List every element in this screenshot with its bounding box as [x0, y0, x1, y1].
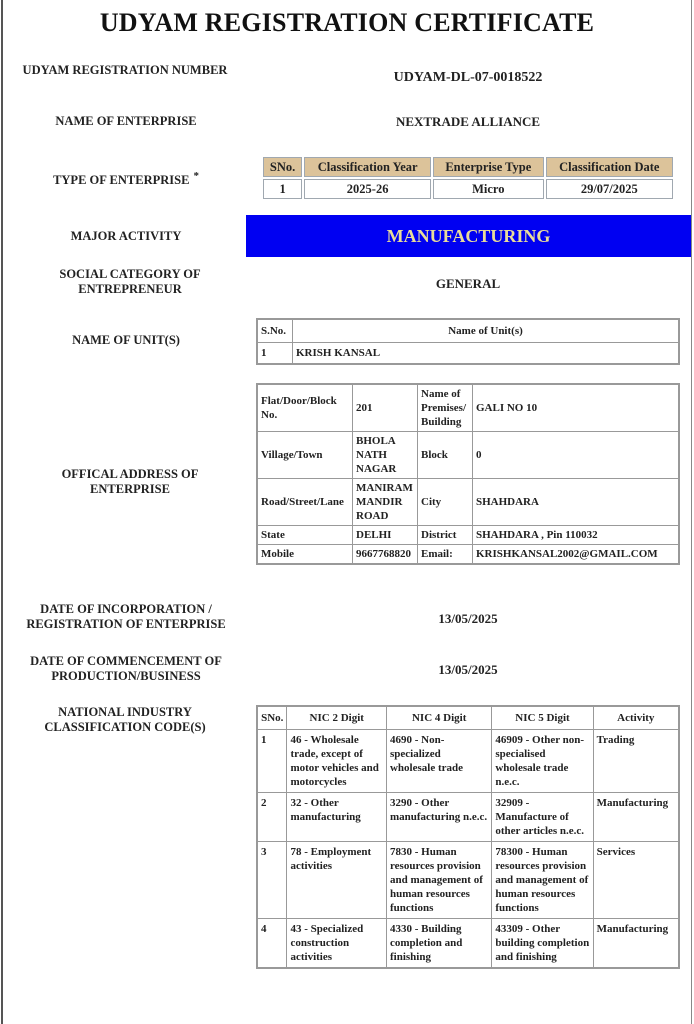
incorporation-label: DATE OF INCORPORATION / REGISTRATION OF … — [8, 602, 244, 632]
nic-cell: 7830 - Human resources provision and man… — [386, 842, 491, 919]
address-field-value: 201 — [353, 384, 418, 432]
registration-number-label: UDYAM REGISTRATION NUMBER — [20, 63, 230, 78]
address-field-label: Village/Town — [257, 432, 353, 479]
units-header-cell: Name of Unit(s) — [293, 319, 680, 343]
enterprise-type-header-cell: Enterprise Type — [433, 157, 544, 177]
nic-cell: Services — [593, 842, 679, 919]
nic-cell: Trading — [593, 730, 679, 793]
address-field-label: District — [418, 526, 473, 545]
address-row: Mobile9667768820Email:KRISHKANSAL2002@GM… — [257, 545, 679, 565]
address-field-label: Email: — [418, 545, 473, 565]
nic-header-cell: NIC 2 Digit — [287, 706, 387, 730]
enterprise-type-header-row: SNo.Classification YearEnterprise TypeCl… — [263, 157, 673, 177]
enterprise-type-cell: Micro — [433, 179, 544, 199]
units-table: S.No.Name of Unit(s) 1KRISH KANSAL — [256, 318, 680, 365]
nic-cell: Manufacturing — [593, 793, 679, 842]
nic-cell: 3 — [257, 842, 287, 919]
address-field-label: Block — [418, 432, 473, 479]
enterprise-type-cell: 2025-26 — [304, 179, 431, 199]
address-field-value: MANIRAM MANDIR ROAD — [353, 479, 418, 526]
enterprise-type-header-cell: Classification Year — [304, 157, 431, 177]
nic-cell: 32909 - Manufacture of other articles n.… — [492, 793, 593, 842]
incorporation-value: 13/05/2025 — [246, 611, 690, 627]
address-row: StateDELHIDistrictSHAHDARA , Pin 110032 — [257, 526, 679, 545]
enterprise-type-cell: 29/07/2025 — [546, 179, 673, 199]
address-row: Flat/Door/Block No.201Name of Premises/ … — [257, 384, 679, 432]
address-label: OFFICAL ADDRESS OF ENTERPRISE — [40, 467, 220, 497]
page-border-left — [1, 0, 3, 1024]
table-row: 232 - Other manufacturing3290 - Other ma… — [257, 793, 679, 842]
units-header-row: S.No.Name of Unit(s) — [257, 319, 679, 343]
address-field-label: Flat/Door/Block No. — [257, 384, 353, 432]
nic-cell: 2 — [257, 793, 287, 842]
enterprise-type-cell: 1 — [263, 179, 302, 199]
nic-cell: 78300 - Human resources provision and ma… — [492, 842, 593, 919]
enterprise-name-label: NAME OF ENTERPRISE — [6, 114, 246, 129]
nic-cell: 43309 - Other building completion and fi… — [492, 919, 593, 969]
commencement-label: DATE OF COMMENCEMENT OF PRODUCTION/BUSIN… — [8, 654, 244, 684]
address-field-value: 9667768820 — [353, 545, 418, 565]
commencement-value: 13/05/2025 — [246, 662, 690, 678]
units-body: 1KRISH KANSAL — [257, 343, 679, 365]
nic-header-cell: NIC 4 Digit — [386, 706, 491, 730]
enterprise-type-header-cell: Classification Date — [546, 157, 673, 177]
address-field-value: KRISHKANSAL2002@GMAIL.COM — [473, 545, 680, 565]
registration-number-value: UDYAM-DL-07-0018522 — [246, 70, 690, 86]
nic-header-row: SNo.NIC 2 DigitNIC 4 DigitNIC 5 DigitAct… — [257, 706, 679, 730]
address-field-value: GALI NO 10 — [473, 384, 680, 432]
nic-header-cell: NIC 5 Digit — [492, 706, 593, 730]
table-row: 146 - Wholesale trade, except of motor v… — [257, 730, 679, 793]
table-row: 1KRISH KANSAL — [257, 343, 679, 365]
address-field-value: 0 — [473, 432, 680, 479]
page-border-right — [691, 0, 692, 1024]
certificate-title: UDYAM REGISTRATION CERTIFICATE — [0, 8, 694, 38]
address-row: Village/TownBHOLA NATH NAGARBlock0 — [257, 432, 679, 479]
nic-cell: Manufacturing — [593, 919, 679, 969]
nic-cell: 46 - Wholesale trade, except of motor ve… — [287, 730, 387, 793]
enterprise-type-header-cell: SNo. — [263, 157, 302, 177]
nic-cell: 1 — [257, 730, 287, 793]
nic-cell: 43 - Specialized construction activities — [287, 919, 387, 969]
address-field-value: SHAHDARA — [473, 479, 680, 526]
units-header-cell: S.No. — [257, 319, 293, 343]
enterprise-type-body: 12025-26Micro29/07/2025 — [263, 179, 673, 199]
address-field-label: Mobile — [257, 545, 353, 565]
asterisk-icon: * — [193, 170, 199, 182]
address-field-value: DELHI — [353, 526, 418, 545]
enterprise-type-table: SNo.Classification YearEnterprise TypeCl… — [261, 155, 675, 201]
address-field-label: Road/Street/Lane — [257, 479, 353, 526]
address-field-value: BHOLA NATH NAGAR — [353, 432, 418, 479]
nic-body: 146 - Wholesale trade, except of motor v… — [257, 730, 679, 969]
social-category-value: GENERAL — [246, 276, 690, 292]
units-cell: 1 — [257, 343, 293, 365]
address-table: Flat/Door/Block No.201Name of Premises/ … — [256, 383, 680, 565]
address-field-label: State — [257, 526, 353, 545]
nic-header-cell: SNo. — [257, 706, 287, 730]
nic-cell: 4 — [257, 919, 287, 969]
address-row: Road/Street/LaneMANIRAM MANDIR ROADCityS… — [257, 479, 679, 526]
address-field-value: SHAHDARA , Pin 110032 — [473, 526, 680, 545]
major-activity-label: MAJOR ACTIVITY — [6, 229, 246, 244]
address-field-label: Name of Premises/ Building — [418, 384, 473, 432]
enterprise-type-label-text: TYPE OF ENTERPRISE — [53, 173, 189, 187]
nic-cell: 78 - Employment activities — [287, 842, 387, 919]
nic-header-cell: Activity — [593, 706, 679, 730]
nic-cell: 3290 - Other manufacturing n.e.c. — [386, 793, 491, 842]
table-row: 443 - Specialized construction activitie… — [257, 919, 679, 969]
nic-cell: 32 - Other manufacturing — [287, 793, 387, 842]
enterprise-type-label: TYPE OF ENTERPRISE* — [6, 173, 246, 188]
units-label: NAME OF UNIT(S) — [6, 333, 246, 348]
address-field-label: City — [418, 479, 473, 526]
nic-label: NATIONAL INDUSTRY CLASSIFICATION CODE(S) — [30, 705, 220, 735]
nic-cell: 4330 - Building completion and finishing — [386, 919, 491, 969]
table-row: 378 - Employment activities7830 - Human … — [257, 842, 679, 919]
address-body: Flat/Door/Block No.201Name of Premises/ … — [257, 384, 679, 564]
enterprise-type-row: 12025-26Micro29/07/2025 — [263, 179, 673, 199]
nic-cell: 4690 - Non-specialized wholesale trade — [386, 730, 491, 793]
units-cell: KRISH KANSAL — [293, 343, 680, 365]
enterprise-name-value: NEXTRADE ALLIANCE — [246, 114, 690, 130]
nic-cell: 46909 - Other non-specialised wholesale … — [492, 730, 593, 793]
nic-table: SNo.NIC 2 DigitNIC 4 DigitNIC 5 DigitAct… — [256, 705, 680, 969]
social-category-label: SOCIAL CATEGORY OF ENTREPRENEUR — [30, 267, 230, 297]
major-activity-banner: MANUFACTURING — [246, 215, 691, 257]
